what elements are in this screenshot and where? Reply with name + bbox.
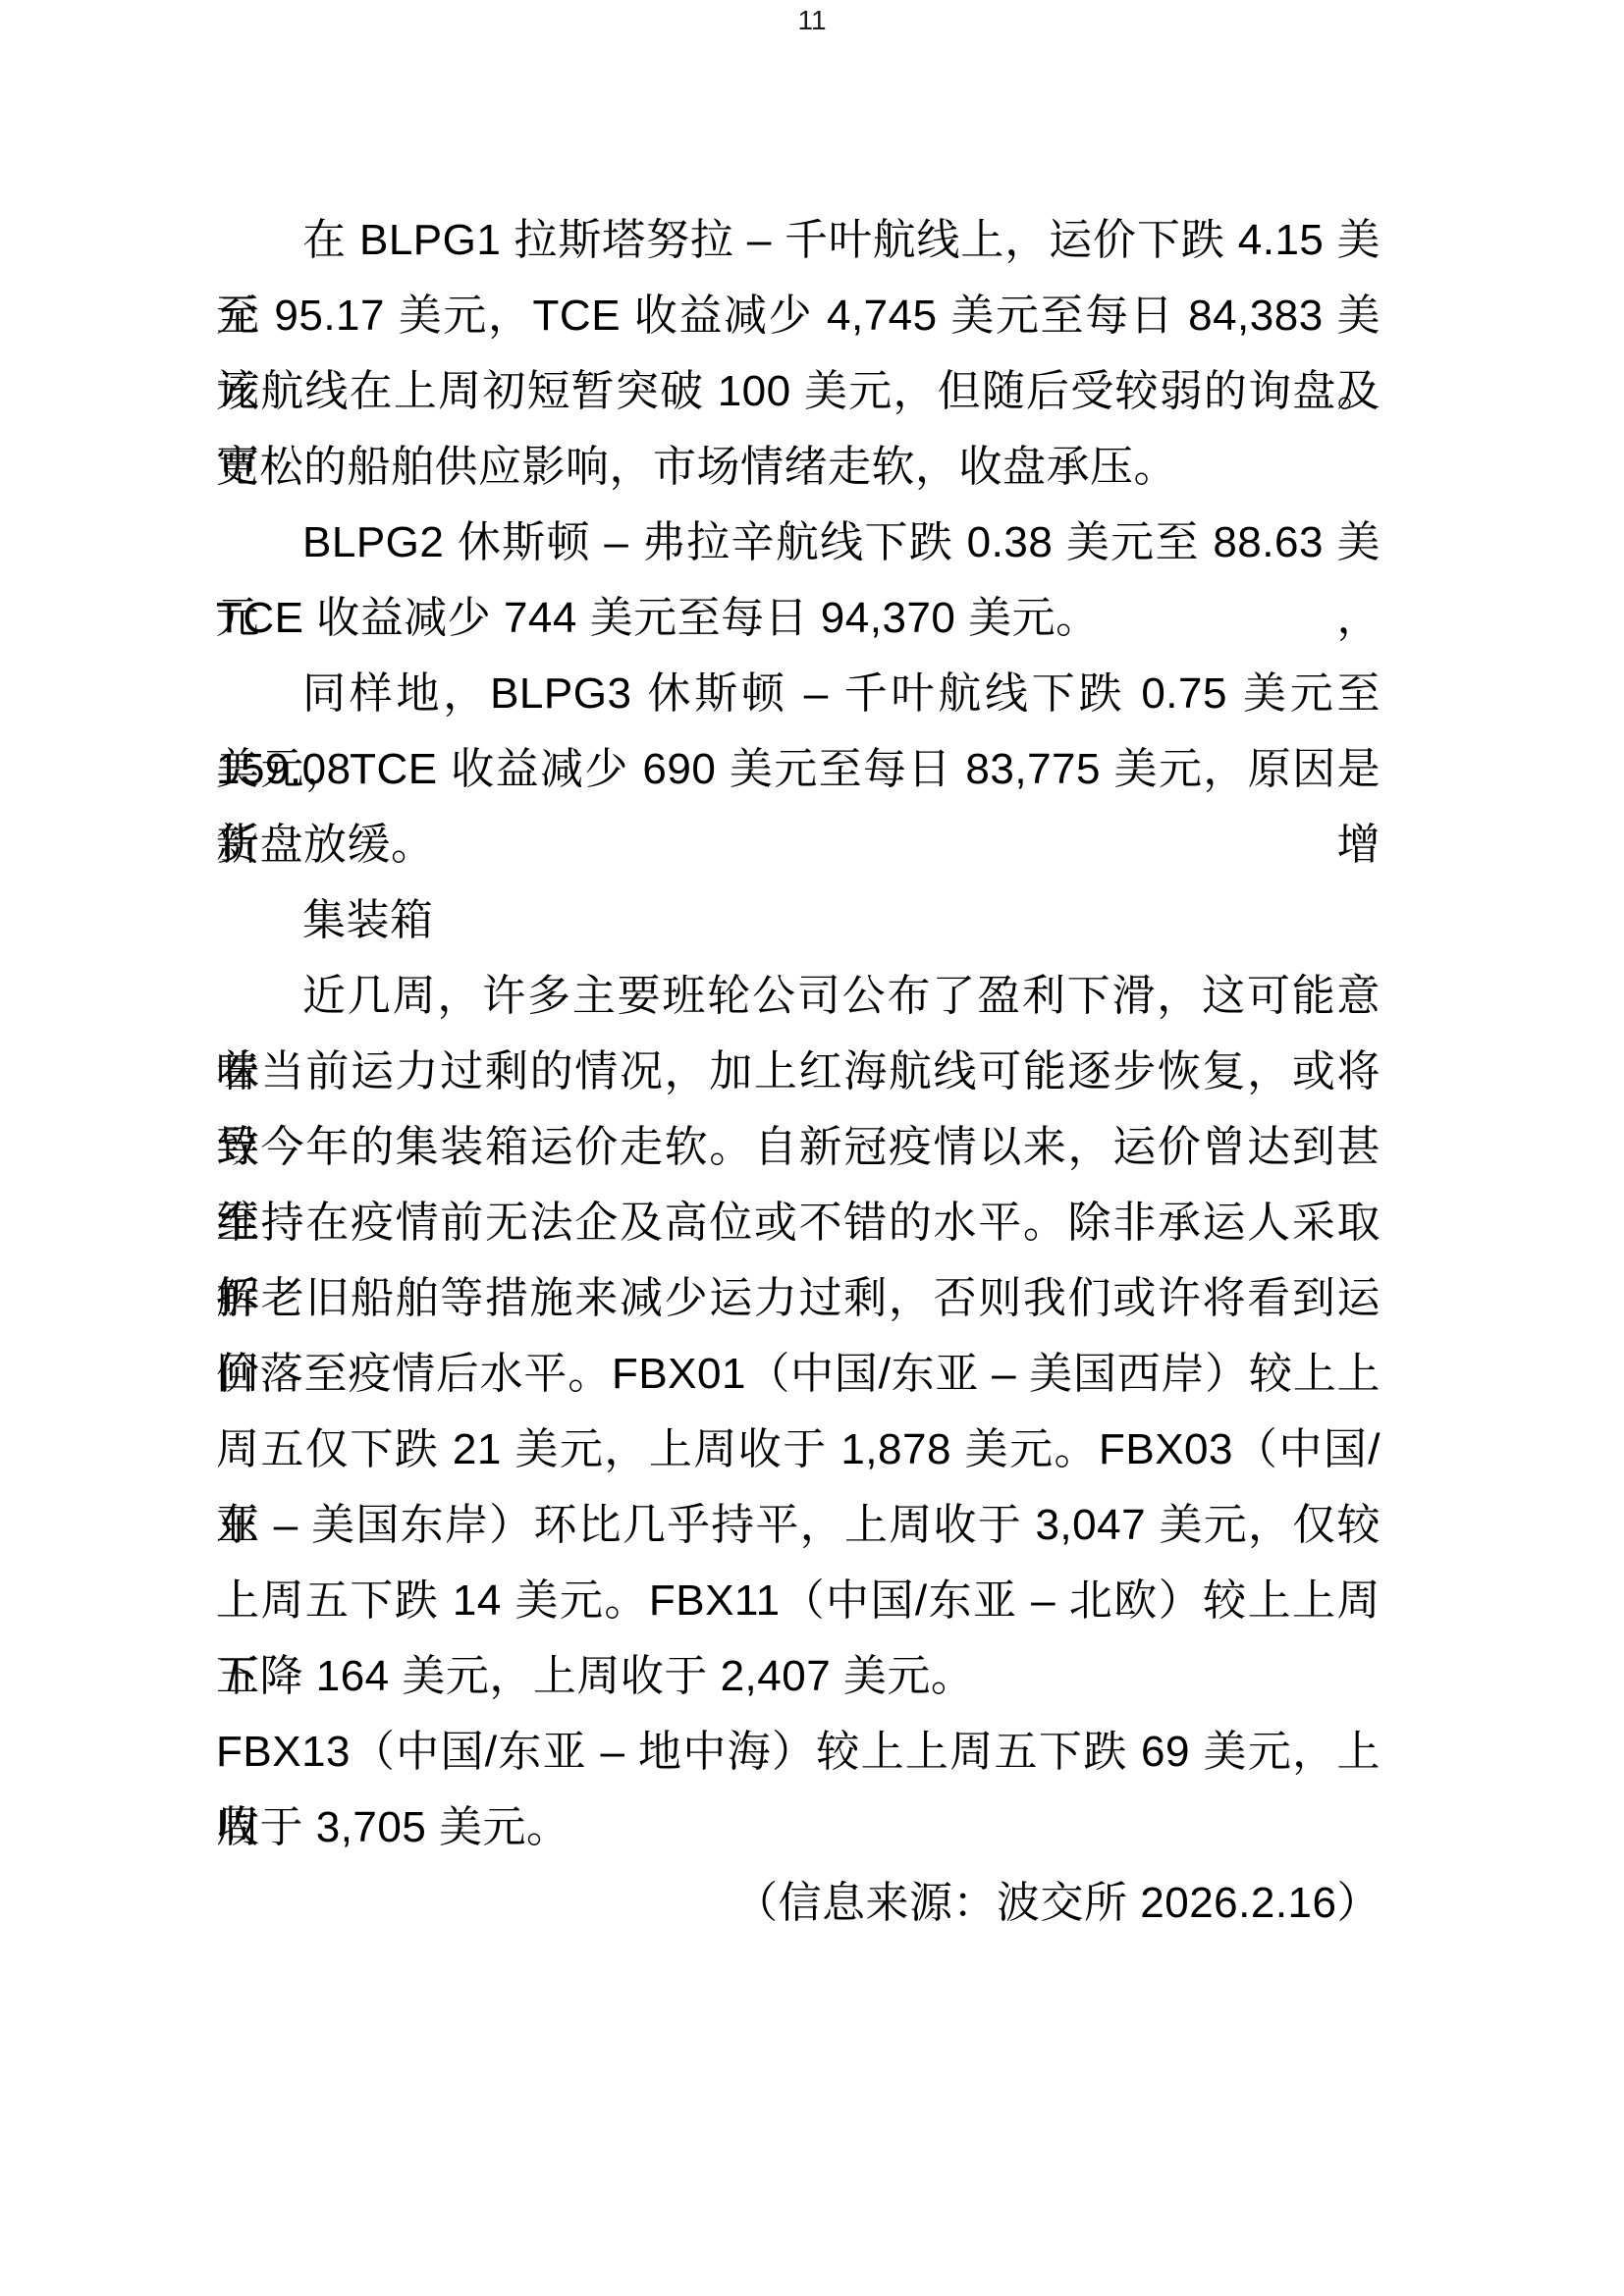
text-line-15: 解老旧船舶等措施来减少运力过剩，否则我们或许将看到运价 bbox=[216, 1260, 1380, 1336]
text-line-3: 该航线在上周初短暂突破 100 美元，但随后受较弱的询盘及更 bbox=[216, 353, 1380, 429]
text-line-16: 回落至疫情后水平。FBX01（中国/东亚 – 美国西岸）较上上 bbox=[216, 1336, 1380, 1412]
page-number: 11 bbox=[0, 0, 1624, 41]
body-text: 在 BLPG1 拉斯塔努拉 – 千叶航线上，运价下跌 4.15 美元至 95.1… bbox=[216, 202, 1380, 1941]
text-line-1: 在 BLPG1 拉斯塔努拉 – 千叶航线上，运价下跌 4.15 美元 bbox=[216, 202, 1380, 278]
text-line-20: 下降 164 美元，上周收于 2,407 美元。 bbox=[216, 1638, 1380, 1714]
text-line-10: 集装箱 bbox=[216, 882, 1380, 958]
text-line-13: 致今年的集装箱运价走软。自新冠疫情以来，运价曾达到甚至 bbox=[216, 1109, 1380, 1185]
text-line-12: 着当前运力过剩的情况，加上红海航线可能逐步恢复，或将导 bbox=[216, 1034, 1380, 1109]
text-line-11: 近几周，许多主要班轮公司公布了盈利下滑，这可能意味 bbox=[216, 958, 1380, 1034]
text-line-18: 亚 – 美国东岸）环比几乎持平，上周收于 3,047 美元，仅较上 bbox=[216, 1487, 1380, 1563]
text-line-5: BLPG2 休斯顿 – 弗拉辛航线下跌 0.38 美元至 88.63 美元， bbox=[216, 505, 1380, 580]
text-line-14: 维持在疫情前无法企及高位或不错的水平。除非承运人采取拆 bbox=[216, 1185, 1380, 1260]
text-line-2: 至 95.17 美元，TCE 收益减少 4,745 美元至每日 84,383 美… bbox=[216, 278, 1380, 353]
text-line-8: 美元，TCE 收益减少 690 美元至每日 83,775 美元，原因是新增 bbox=[216, 731, 1380, 807]
text-line-4: 宽松的船舶供应影响，市场情绪走软，收盘承压。 bbox=[216, 429, 1380, 505]
text-line-7: 同样地，BLPG3 休斯顿 – 千叶航线下跌 0.75 美元至 159.08 bbox=[216, 656, 1380, 731]
text-line-17: 周五仅下跌 21 美元，上周收于 1,878 美元。FBX03（中国/东 bbox=[216, 1412, 1380, 1487]
text-line-21: FBX13（中国/东亚 – 地中海）较上上周五下跌 69 美元，上周 bbox=[216, 1714, 1380, 1789]
text-line-23: （信息来源：波交所 2026.2.16） bbox=[216, 1865, 1380, 1941]
text-line-22: 收于 3,705 美元。 bbox=[216, 1789, 1380, 1865]
document-page: 11 在 BLPG1 拉斯塔努拉 – 千叶航线上，运价下跌 4.15 美元至 9… bbox=[0, 0, 1624, 2296]
text-line-19: 上周五下跌 14 美元。FBX11（中国/东亚 – 北欧）较上上周五 bbox=[216, 1563, 1380, 1638]
